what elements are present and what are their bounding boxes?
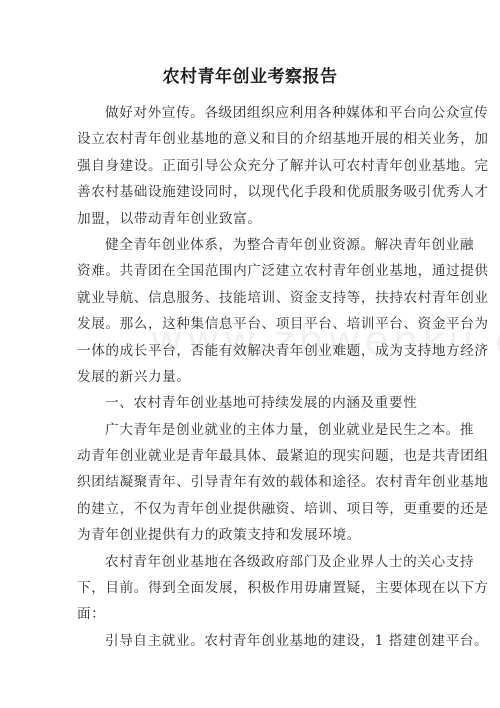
paragraph-line: 做好对外宣传。各级团组织应利用各种媒体和平台向公众宣传: [77, 100, 417, 126]
paragraph-line: 引导自主就业。农村青年创业基地的建设，1 搭建创建平台。: [77, 628, 417, 654]
paragraph-line: 农村青年创业基地在各级政府部门及企业界人士的关心支持: [77, 549, 417, 575]
paragraph-line: 就业导航、信息服务、技能培训、资金支持等，扶持农村青年创业: [77, 285, 417, 311]
paragraph-line: 发展。那么，这种集信息平台、项目平台、培训平台、资金平台为: [77, 311, 417, 337]
document-title: 农村青年创业考察报告: [0, 62, 500, 87]
paragraph-line: 的建立，不仅为青年创业提供融资、培训、项目等，更重要的还是: [77, 496, 417, 522]
document-page: 农村青年创业考察报告 www.zhwenku.com 做好对外宣传。各级团组织应…: [0, 0, 500, 708]
paragraph-line: 广大青年是创业就业的主体力量，创业就业是民生之本。推: [77, 417, 417, 443]
paragraph-line: 加盟，以带动青年创业致富。: [77, 206, 417, 232]
paragraph-line: 设立农村青年创业基地的意义和目的介绍基地开展的相关业务，加: [77, 126, 417, 152]
paragraph-line: 强自身建设。正面引导公众充分了解并认可农村青年创业基地。完: [77, 153, 417, 179]
paragraph-line: 健全青年创业体系，为整合青年创业资源。解决青年创业融: [77, 232, 417, 258]
section-heading: 一、农村青年创业基地可持续发展的内涵及重要性: [77, 390, 417, 416]
paragraph-line: 动青年创业就业是青年最具体、最紧迫的现实问题，也是共青团组: [77, 443, 417, 469]
paragraph-line: 为青年创业提供有力的政策支持和发展环境。: [77, 522, 417, 548]
paragraph-line: 面：: [77, 601, 417, 627]
paragraph-line: 发展的新兴力量。: [77, 364, 417, 390]
paragraph-line: 一体的成长平台，否能有效解决青年创业难题，成为支持地方经济: [77, 338, 417, 364]
paragraph-line: 织团结凝聚青年、引导青年有效的载体和途径。农村青年创业基地: [77, 469, 417, 495]
document-body: 做好对外宣传。各级团组织应利用各种媒体和平台向公众宣传 设立农村青年创业基地的意…: [77, 100, 417, 654]
paragraph-line: 下，目前。得到全面发展，积极作用毋庸置疑，主要体现在以下方: [77, 575, 417, 601]
paragraph-line: 资难。共青团在全国范围内广泛建立农村青年创业基地，通过提供: [77, 258, 417, 284]
paragraph-line: 善农村基础设施建设同时，以现代化手段和优质服务吸引优秀人才: [77, 179, 417, 205]
